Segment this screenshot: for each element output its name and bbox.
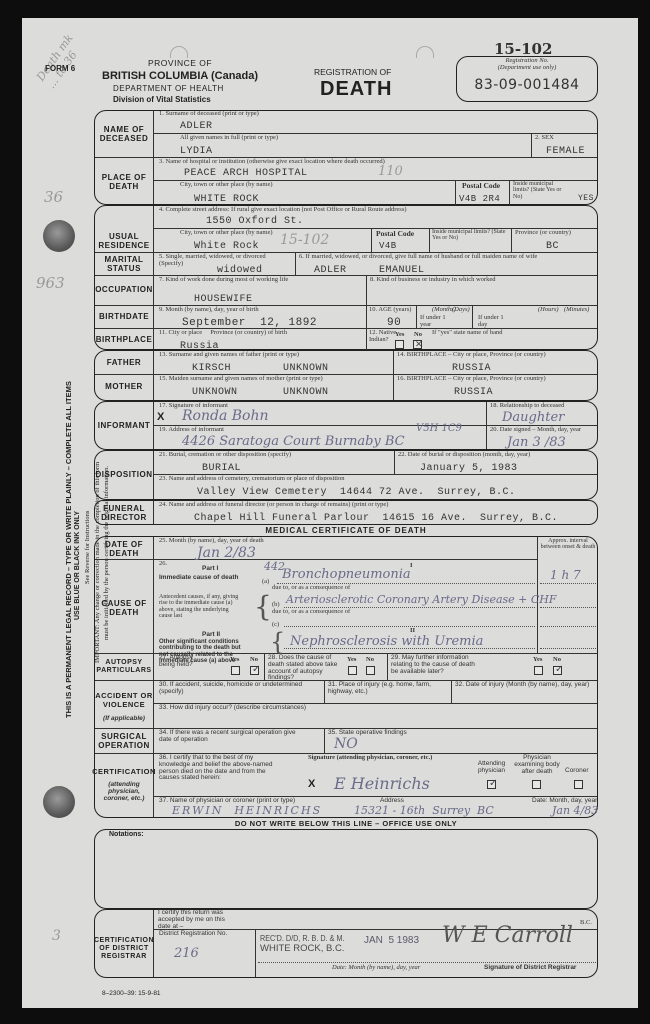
q29-yes-checkbox[interactable]	[534, 666, 543, 675]
examining-checkbox[interactable]	[532, 780, 541, 789]
interval-a-value: 1 h 7	[550, 568, 581, 582]
residence-city-value: White Rock	[194, 241, 259, 252]
autopsy-q28-label: 28. Does the cause of death stated above…	[268, 655, 348, 682]
brace: {	[254, 590, 272, 623]
mother-name-value: UNKNOWN UNKNOWN	[192, 387, 329, 398]
residence-province-label: Province (or country)	[515, 230, 571, 237]
native-no-label: No	[414, 332, 422, 339]
age-value: 90	[387, 317, 401, 329]
section-autopsy: AUTOPSY PARTICULARS	[95, 654, 153, 680]
item-26-label: 26.	[159, 561, 167, 568]
death-registration-form: Death mk ... to 36 36 963 3 THIS IS A PE…	[22, 18, 638, 1008]
marital-status-value: widowed	[217, 265, 263, 276]
ink-notice: USE BLUE OR BLACK INK ONLY	[74, 511, 81, 620]
section-date-of-death: DATE OF DEATH	[95, 539, 153, 559]
native-yes-checkbox[interactable]	[395, 340, 404, 349]
relationship-label: 18. Relationship to deceased	[490, 403, 564, 410]
informant-x-mark: X	[157, 411, 164, 423]
death-postal-label: Postal Code	[462, 182, 500, 190]
death-date-value: Jan 2/83	[197, 545, 256, 561]
surgical-findings-value: NO	[334, 736, 358, 752]
section-cause-of-death: CAUSE OF DEATH	[95, 598, 153, 618]
informant-address: 4426 Saratoga Court Burnaby BC	[182, 434, 405, 449]
birthdate-value: September 12, 1892	[182, 317, 317, 329]
district-no-label: District Registration No.	[159, 931, 227, 938]
given-names-label: All given names in full (print or type)	[180, 135, 278, 142]
section-father: FATHER	[95, 353, 153, 373]
cause-a-value: Bronchopneumonia	[282, 567, 411, 582]
q29-no-label: No	[553, 657, 561, 664]
section-accident: ACCIDENT OR VIOLENCE	[95, 686, 153, 716]
section-usual-residence: USUAL RESIDENCE	[95, 231, 153, 251]
received-stamp-place: WHITE ROCK, B.C.	[260, 943, 344, 954]
death-municipal-label: Inside municipal limits? (State Yes or N…	[513, 181, 565, 200]
surgical-q34-label: 34. If there was a recent surgical opera…	[159, 730, 309, 744]
native-yes-label: Yes	[395, 332, 404, 339]
section-birthdate: BIRTHDATE	[95, 307, 153, 327]
relationship-value: Daughter	[502, 410, 564, 425]
death-postal-value: V4B 2R4	[459, 194, 500, 204]
q28-yes-label: Yes	[347, 657, 356, 664]
pencil-note: Death mk ... to 36	[34, 27, 90, 91]
street-label: 4. Complete street address: If rural giv…	[159, 207, 407, 214]
residence-municipal-label: Inside municipal limits? (State Yes or N…	[432, 229, 510, 242]
punch-notch	[416, 46, 434, 58]
informant-address-label: 19. Address of informant	[159, 427, 224, 434]
examining-label: Physician examining body after death	[512, 755, 562, 775]
received-stamp: REC'D. D/D, R. B. D. & M.	[260, 933, 344, 943]
residence-postal-value: V4B	[379, 241, 397, 251]
section-place-of-death: PLACE OF DEATH	[95, 172, 153, 192]
accident-sub: (If applicable)	[95, 716, 153, 723]
street-value: 1550 Oxford St.	[206, 216, 304, 227]
section-funeral-director: FUNERAL DIRECTOR	[95, 502, 153, 524]
informant-postal: V5H 1C9	[416, 423, 462, 434]
birthplace-label: 11. City or place Province (or country) …	[159, 330, 287, 337]
father-name-label: 13. Surname and given names of father (p…	[159, 352, 299, 359]
department: DEPARTMENT OF HEALTH	[113, 84, 224, 93]
q29-no-checkbox[interactable]: ✓	[553, 666, 562, 675]
father-name-value: KIRSCH UNKNOWN	[192, 363, 329, 374]
residence-city-label: City, town or other place (by name)	[180, 230, 273, 237]
native-no-checkbox[interactable]: ✕	[413, 340, 422, 349]
mother-birthplace-value: RUSSIA	[454, 387, 493, 398]
certification-sub: (attending physician, coroner, etc.)	[98, 782, 150, 802]
coroner-checkbox[interactable]	[574, 780, 583, 789]
registration-number-box: Registration No. (Department use only) 8…	[456, 56, 598, 102]
under-day-label: If under 1 day	[478, 315, 508, 329]
given-names-value: LYDIA	[180, 146, 213, 157]
residence-postal-label: Postal Code	[376, 230, 414, 238]
physician-x-mark: X	[308, 778, 315, 790]
coroner-label: Coroner	[565, 768, 588, 775]
father-birthplace-value: RUSSIA	[452, 363, 491, 374]
physician-name: ERWIN HEINRICHS	[172, 804, 322, 817]
section-surgical: SURGICAL OPERATION	[95, 730, 153, 752]
mother-birthplace-label: 16. BIRTHPLACE – City or place, Province…	[397, 376, 546, 383]
brace: {	[270, 628, 285, 656]
due-to-label-a: due to, or as a consequence of	[272, 585, 350, 592]
interval-label: Approx. interval between onset & death	[540, 538, 596, 551]
physician-signature: E Heinrichs	[334, 774, 430, 793]
birthdate-label: 9. Month (by name), day, year of birth	[159, 307, 259, 314]
received-stamp-date: JAN 5 1983	[364, 935, 419, 946]
accident-q32-label: 32. Date of injury (Month (by name), day…	[455, 682, 595, 689]
section-certification: CERTIFICATION	[95, 762, 153, 782]
accident-q31-label: 31. Place of injury (e.g. home, farm, hi…	[328, 682, 443, 696]
section-disposition: DISPOSITION	[95, 465, 153, 485]
legal-record-notice: THIS IS A PERMANENT LEGAL RECORD – TYPE …	[64, 381, 73, 718]
part-1-label: Part I	[202, 566, 218, 573]
q28-yes-checkbox[interactable]	[348, 666, 357, 675]
medical-certificate-title: MEDICAL CERTIFICATE OF DEATH	[94, 526, 598, 535]
section-marital-status: MARITAL STATUS	[95, 254, 153, 274]
attending-label: Attending physician	[474, 761, 509, 775]
death-municipal-value: YES	[578, 194, 594, 203]
age-label: 10. AGE (years)	[369, 307, 411, 314]
registrar-signature: W E Carroll	[442, 923, 573, 948]
mother-name-label: 15. Maiden surname and given names of mo…	[159, 376, 323, 383]
district-no-value: 216	[174, 946, 199, 961]
q27-no-checkbox[interactable]: ✓	[250, 666, 259, 675]
form-number: FORM 6	[45, 64, 75, 73]
notations-label: Notations:	[109, 831, 144, 838]
q27-no-label: No	[250, 657, 258, 664]
section-occupation: OCCUPATION	[95, 280, 153, 300]
funeral-value: Chapel Hill Funeral Parlour 14615 16 Ave…	[194, 513, 558, 524]
disposition-place-value: Valley View Cemetery 14644 72 Ave. Surre…	[197, 487, 516, 498]
certification-q36-label: 36. I certify that to the best of my kno…	[159, 755, 277, 782]
q27-yes-checkbox[interactable]	[231, 666, 240, 675]
province-name: BRITISH COLUMBIA (Canada)	[102, 70, 258, 82]
residence-province-value: BC	[546, 241, 559, 252]
punch-hole	[43, 220, 75, 252]
registrar-signature-label: Signature of District Registrar	[484, 965, 576, 972]
disposition-date-value: January 5, 1983	[420, 463, 518, 474]
q28-no-checkbox[interactable]	[366, 666, 375, 675]
hours-label: (Hours)	[538, 307, 559, 314]
registration-number: 83-09-001484	[457, 77, 597, 93]
accident-q30-label: 30. If accident, suicide, homicide or un…	[159, 682, 314, 696]
funeral-label: 24. Name and address of funeral director…	[159, 502, 388, 509]
death-date-label: 25. Month (by name), day, year of death	[159, 538, 264, 545]
occupation-value: HOUSEWIFE	[194, 294, 253, 305]
section-name-of-deceased: NAME OF DECEASED	[95, 124, 153, 144]
accepted-label: I certify this return was accepted by me…	[158, 910, 233, 930]
pencil-963: 963	[36, 274, 65, 292]
section-informant: INFORMANT	[95, 416, 153, 436]
pencil-3: 3	[52, 928, 61, 944]
disposition-method-value: BURIAL	[202, 463, 241, 474]
minutes-label: (Minutes)	[564, 307, 589, 314]
cause-a-marker: (a)	[262, 579, 269, 586]
informant-date: Jan 3 /83	[507, 435, 566, 450]
form-title: DEATH	[320, 78, 392, 101]
hospital-value: PEACE ARCH HOSPITAL	[184, 168, 308, 179]
section-mother: MOTHER	[95, 376, 153, 398]
registrar-date-label: Date: Month (by name), day, year	[332, 965, 420, 972]
sex-label: 2. SEX	[535, 135, 554, 142]
days-label: (Days)	[452, 307, 470, 314]
q27-yes-label: Yes	[230, 657, 239, 664]
disposition-method-label: 21. Burial, cremation or other dispositi…	[159, 452, 291, 459]
band-label: If "yes" state name of band	[432, 330, 502, 337]
form-code: 8–2300–39: 15-9-81	[102, 990, 161, 997]
part-2-label: Part II	[202, 632, 220, 639]
reg-no-sub: (Department use only)	[457, 65, 597, 72]
physician-date: Jan 4/83	[552, 804, 598, 817]
province-of: PROVINCE OF	[148, 58, 212, 68]
q28-no-label: No	[366, 657, 374, 664]
immediate-cause-label: Immediate cause of death	[159, 575, 238, 582]
sex-value: FEMALE	[546, 146, 585, 157]
due-to-label-b: due to, or as a consequence of	[272, 609, 350, 616]
hospital-note: 110	[378, 164, 403, 179]
section-birthplace: BIRTHPLACE	[95, 330, 153, 350]
notations-box: Notations:	[94, 829, 598, 909]
spouse-value: ADLER EMANUEL	[314, 265, 425, 276]
hospital-label: 3. Name of hospital or institution (othe…	[159, 159, 385, 166]
other-conditions-value: Nephrosclerosis with Uremia	[290, 634, 483, 649]
cause-b-value: Arteriosclerotic Coronary Artery Disease…	[286, 593, 557, 606]
punch-hole	[43, 786, 75, 818]
informant-signature: Ronda Bohn	[182, 408, 269, 424]
division: Division of Vital Statistics	[113, 95, 211, 104]
business-label: 8. Kind of business or industry in which…	[370, 277, 495, 284]
informant-date-label: 20. Date signed – Month, day, year	[490, 427, 581, 434]
office-use-divider: DO NOT WRITE BELOW THIS LINE – OFFICE US…	[94, 819, 598, 828]
reverse-notice: See Reverse for Instructions	[84, 511, 91, 584]
residence-city-note: 15-102	[280, 232, 329, 248]
attending-checkbox[interactable]: ✓	[487, 780, 496, 789]
physician-address: 15321 - 16th Surrey BC	[354, 804, 494, 817]
autopsy-q29-label: 29. May further information relating to …	[391, 655, 481, 675]
registration-of: REGISTRATION OF	[314, 67, 391, 77]
surname-label: 1. Surname of deceased (print or type)	[159, 111, 259, 118]
occupation-label: 7. Kind of work done during most of work…	[159, 277, 288, 284]
father-birthplace-label: 14. BIRTHPLACE – City or place, Province…	[397, 352, 546, 359]
under-year-label: If under 1 year	[420, 315, 450, 329]
spouse-label: 6. If married, widowed, or divorced, giv…	[299, 254, 537, 261]
section-district-registrar: CERTIFICATION OF DISTRICT REGISTRAR	[95, 932, 153, 966]
accident-q33-label: 33. How did injury occur? (describe circ…	[159, 705, 306, 712]
disposition-place-label: 23. Name and address of cemetery, cremat…	[159, 476, 345, 483]
q29-yes-label: Yes	[533, 657, 542, 664]
bc-label: B.C.	[580, 920, 592, 927]
punch-notch	[170, 46, 188, 58]
autopsy-q27-label: 27. Autopsy being held?	[159, 655, 207, 669]
surname-value: ADLER	[180, 121, 213, 132]
death-city-value: WHITE ROCK	[194, 194, 259, 205]
physician-signature-label: Signature (attending physician, coroner,…	[308, 755, 432, 762]
pencil-36: 36	[44, 188, 63, 206]
disposition-date-label: 22. Date of burial or disposition (month…	[398, 452, 530, 459]
death-city-label: City, town or other place (by name)	[180, 182, 273, 189]
antecedent-label: Antecedent causes, if any, giving rise t…	[159, 594, 239, 619]
native-indian-label: 12. Native Indian?	[369, 330, 397, 344]
